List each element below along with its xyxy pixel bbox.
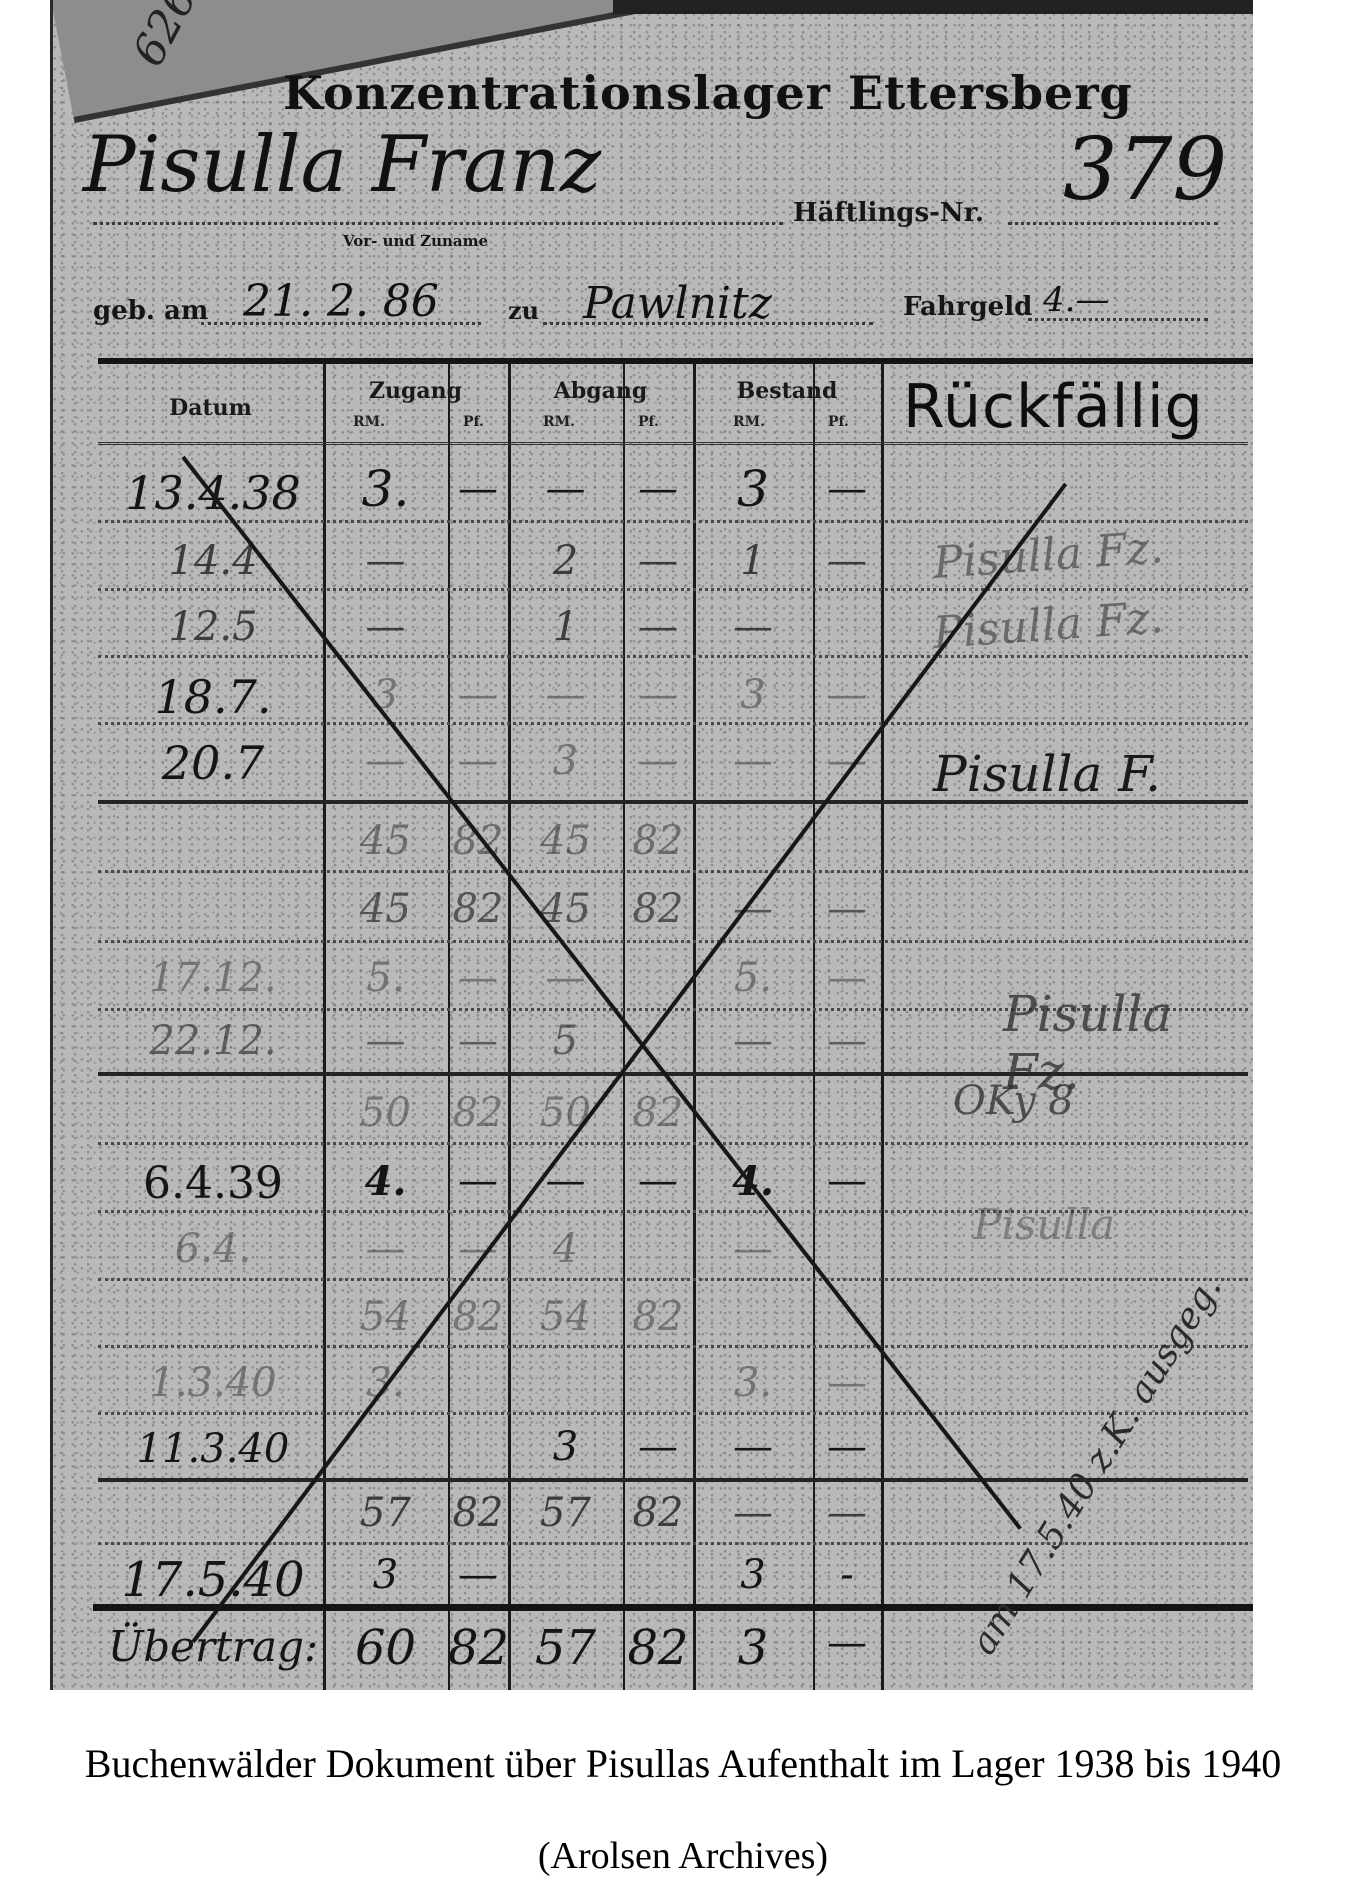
incoming-rm: 3 [323,1552,448,1598]
outgoing-pf: — [623,1158,693,1204]
figure-caption: Buchenwälder Dokument über Pisullas Aufe… [0,1740,1366,1787]
total-balance-pf: — [813,1620,881,1666]
incoming-rm: 3. [323,460,448,518]
balance-rm: — [693,738,813,784]
incoming-rm: 45 [323,886,448,932]
outgoing-rm: 3 [508,738,623,784]
remark-signature: Pisulla [973,1200,1115,1249]
balance-rm: 4. [693,1158,813,1205]
outgoing-rm: 1 [508,604,623,650]
incoming-pf: 82 [448,1090,508,1136]
balance-pf: — [813,1490,881,1536]
header-bottom-rule [98,442,1248,445]
row-date: 6.4.39 [103,1158,323,1209]
balance-rm: — [693,1490,813,1536]
incoming-rm: — [323,738,448,784]
row-date: 18.7. [103,670,323,724]
balance-rm-label: RM. [733,414,765,430]
balance-pf: - [813,1552,881,1598]
balance-rm: — [693,1424,813,1470]
incoming-pf: 82 [448,886,508,932]
row-rule [98,588,1248,591]
balance-rm: — [693,604,813,650]
incoming-rm: 4. [323,1158,448,1205]
incoming-pf: 82 [448,1294,508,1340]
balance-pf: — [813,1018,881,1064]
outgoing-pf: — [623,1424,693,1470]
total-incoming-rm: 60 [323,1620,448,1676]
outgoing-pf: — [623,738,693,784]
row-rule [98,520,1248,523]
prisoner-record-card: 626 Konzentrationslager Ettersberg Pisul… [50,0,1253,1690]
name-label: Vor- und Zuname [343,232,488,250]
balance-rm: — [693,1018,813,1064]
balance-pf: — [813,1424,881,1470]
remark-note: OKy 8 [953,1078,1074,1124]
row-date: 1.3.40 [103,1360,323,1406]
outgoing-rm: 57 [508,1490,623,1536]
row-date: 11.3.40 [103,1426,323,1472]
balance-pf: — [813,538,881,584]
incoming-rm: 50 [323,1090,448,1136]
balance-rm: 5. [693,955,813,1001]
balance-rm: 3. [693,1360,813,1406]
balance-rm: 3 [693,672,813,718]
table-top-rule [98,358,1253,364]
total-outgoing-pf: 82 [623,1620,693,1676]
fare-value: 4.— [1043,280,1109,320]
outgoing-pf: 82 [623,886,693,932]
prisoner-number-dotted-line [1008,222,1218,225]
incoming-pf: — [448,1018,508,1064]
balance-pf: — [813,886,881,932]
incoming-rm: 5. [323,955,448,1001]
incoming-pf: — [448,955,508,1001]
outgoing-rm: — [508,466,623,512]
outgoing-pf: — [623,604,693,650]
place-label: zu [508,296,539,325]
col-divider-balance [881,362,884,1690]
column-header-date: Datum [98,395,323,421]
remark-signature: Pisulla Fz. [932,592,1166,659]
row-rule [98,1412,1248,1415]
outgoing-pf: — [623,466,693,512]
row-rule [98,655,1248,658]
column-header-balance: Bestand [693,378,881,404]
total-balance-rm: 3 [693,1620,813,1676]
incoming-pf: — [448,1158,508,1204]
balance-rm: 1 [693,538,813,584]
incoming-rm: — [323,538,448,584]
prisoner-number: 379 [1063,120,1227,220]
row-date: 20.7 [103,736,323,790]
outgoing-pf: — [623,538,693,584]
incoming-rm: — [323,604,448,650]
balance-rm: — [693,886,813,932]
incoming-rm: — [323,1226,448,1272]
card-top-edge [613,0,1253,14]
row-rule [98,1278,1248,1281]
carryover-label: Übertrag: [103,1622,323,1671]
prisoner-name: Pisulla Franz [83,120,601,210]
total-outgoing-rm: 57 [508,1620,623,1676]
remark-signature: Pisulla Fz. [932,522,1166,589]
incoming-rm-label: RM. [353,414,385,430]
birth-place: Pawlnitz [583,278,772,329]
incoming-rm: 45 [323,818,448,864]
balance-rm: 3 [693,460,813,518]
incoming-pf-label: Pf. [463,414,484,430]
total-incoming-pf: 82 [448,1620,508,1676]
row-date: 12.5 [103,604,323,650]
row-date: 6.4. [103,1226,323,1272]
outgoing-pf: 82 [623,1490,693,1536]
figure-source: (Arolsen Archives) [0,1834,1366,1878]
incoming-rm: 57 [323,1490,448,1536]
outgoing-rm: — [508,672,623,718]
outgoing-rm: 2 [508,538,623,584]
card-title: Konzentrationslager Ettersberg [283,66,1133,120]
balance-pf: — [813,955,881,1001]
outgoing-rm: 4 [508,1226,623,1272]
row-date: 22.12. [103,1018,323,1064]
row-rule [98,1345,1248,1348]
born-label: geb. am [93,296,208,326]
incoming-rm: 54 [323,1294,448,1340]
incoming-pf: — [448,1552,508,1598]
remark-release-note: am 17.5.40 z.K. ausgeg. [963,1269,1230,1662]
birth-date: 21. 2. 86 [243,276,439,327]
remark-signature: Pisulla F. [933,745,1161,803]
outgoing-pf: 82 [623,818,693,864]
outgoing-rm: 54 [508,1294,623,1340]
outgoing-rm: 45 [508,818,623,864]
recidivist-stamp: Rückfällig [903,372,1204,442]
outgoing-pf-label: Pf. [638,414,659,430]
outgoing-rm: 5 [508,1018,623,1064]
balance-pf: — [813,672,881,718]
incoming-rm: — [323,1018,448,1064]
incoming-pf: — [448,738,508,784]
outgoing-pf: 82 [623,1294,693,1340]
row-date: 17.12. [103,955,323,1001]
incoming-pf: 82 [448,1490,508,1536]
fare-label: Fahrgeld [903,292,1032,322]
row-rule [98,870,1248,873]
incoming-pf: 82 [448,818,508,864]
balance-pf: — [813,466,881,512]
incoming-rm: 3 [323,672,448,718]
balance-pf: — [813,1158,881,1204]
row-date: 17.5.40 [103,1552,323,1608]
row-date: 14.4 [103,538,323,584]
outgoing-pf: — [623,672,693,718]
outgoing-rm-label: RM. [543,414,575,430]
row-rule [98,940,1248,943]
name-dotted-line [93,222,783,225]
row-rule [98,1142,1248,1145]
column-header-incoming: Zugang [323,378,508,404]
incoming-pf: — [448,672,508,718]
balance-rm: 3 [693,1552,813,1598]
balance-rm: — [693,1226,813,1272]
column-header-outgoing: Abgang [508,378,693,404]
incoming-pf: — [448,466,508,512]
balance-pf: — [813,1360,881,1406]
balance-pf-label: Pf. [828,414,849,430]
prisoner-number-label: Häftlings-Nr. [793,198,984,228]
outgoing-rm: 3 [508,1424,623,1470]
